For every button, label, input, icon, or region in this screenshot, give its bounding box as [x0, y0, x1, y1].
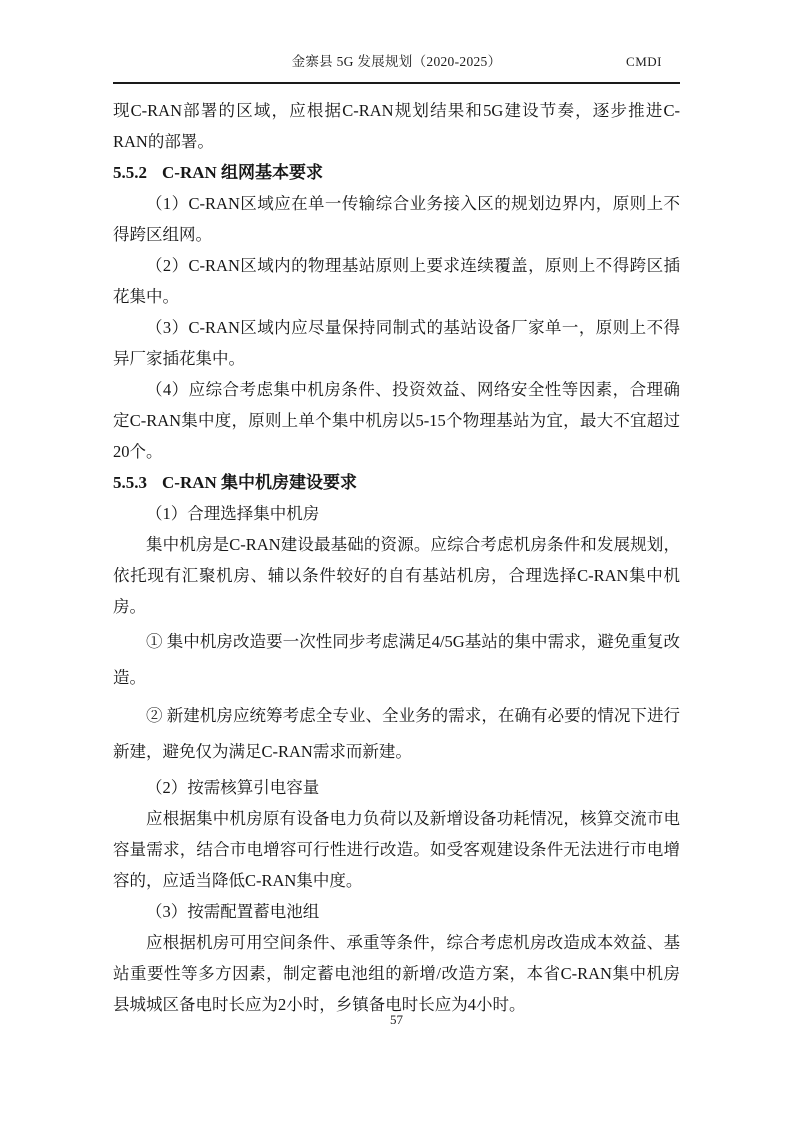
document-content: 现C-RAN部署的区域，应根据C-RAN规划结果和5G建设节奏，逐步推进C-RA…	[113, 95, 680, 1020]
heading-number: 5.5.3	[113, 473, 147, 492]
paragraph-item-3: （3）C-RAN区域内应尽量保持同制式的基站设备厂家单一，原则上不得异厂家插花集…	[113, 312, 680, 374]
page-footer: 57	[0, 1011, 793, 1029]
header-rule	[113, 82, 680, 84]
paragraph-subitem-3-title: （3）按需配置蓄电池组	[113, 896, 680, 927]
paragraph-item-1: （1）C-RAN区域应在单一传输综合业务接入区的规划边界内，原则上不得跨区组网。	[113, 188, 680, 250]
heading-number: 5.5.2	[113, 163, 147, 182]
paragraph-circled-1: ① 集中机房改造要一次性同步考虑满足4/5G基站的集中需求，避免重复改造。	[113, 624, 680, 696]
header-org-label: CMDI	[626, 53, 662, 71]
paragraph-item-4: （4）应综合考虑集中机房条件、投资效益、网络安全性等因素，合理确定C-RAN集中…	[113, 374, 680, 467]
paragraph-item-2: （2）C-RAN区域内的物理基站原则上要求连续覆盖，原则上不得跨区插花集中。	[113, 250, 680, 312]
paragraph-subitem-1-title: （1）合理选择集中机房	[113, 498, 680, 529]
heading-title: C-RAN 集中机房建设要求	[162, 473, 357, 492]
paragraph-subitem-3-body: 应根据机房可用空间条件、承重等条件，综合考虑机房改造成本效益、基站重要性等多方因…	[113, 927, 680, 1020]
heading-title: C-RAN 组网基本要求	[162, 163, 323, 182]
paragraph-subitem-2-title: （2）按需核算引电容量	[113, 772, 680, 803]
paragraph-continuation: 现C-RAN部署的区域，应根据C-RAN规划结果和5G建设节奏，逐步推进C-RA…	[113, 95, 680, 157]
header-document-title: 金寨县 5G 发展规划（2020-2025）	[113, 53, 680, 71]
paragraph-subitem-2-body: 应根据集中机房原有设备电力负荷以及新增设备功耗情况，核算交流市电容量需求，结合市…	[113, 803, 680, 896]
paragraph-circled-2: ② 新建机房应统筹考虑全专业、全业务的需求，在确有必要的情况下进行新建，避免仅为…	[113, 698, 680, 770]
section-heading-5-5-2: 5.5.2C-RAN 组网基本要求	[113, 157, 680, 188]
page-header: 金寨县 5G 发展规划（2020-2025） CMDI	[113, 53, 680, 71]
document-page: 金寨县 5G 发展规划（2020-2025） CMDI 现C-RAN部署的区域，…	[0, 0, 793, 1122]
page-number: 57	[390, 1012, 403, 1027]
section-heading-5-5-3: 5.5.3C-RAN 集中机房建设要求	[113, 467, 680, 498]
paragraph-subitem-1-body: 集中机房是C-RAN建设最基础的资源。应综合考虑机房条件和发展规划，依托现有汇聚…	[113, 529, 680, 622]
